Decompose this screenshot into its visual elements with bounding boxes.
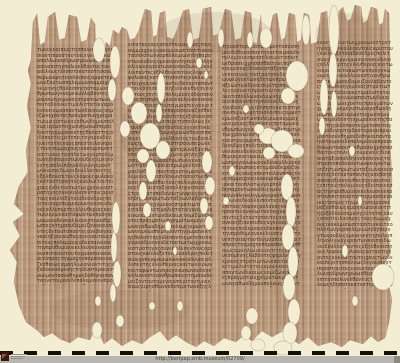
footer-right-mark xyxy=(394,356,400,363)
museum-logo-icon xyxy=(1,352,9,361)
logo-caption-lines xyxy=(11,354,31,360)
footer-url: http://berlpap.smb.museum/02709/ xyxy=(0,356,400,363)
scale-bar xyxy=(0,351,400,355)
lacunae-holes xyxy=(0,0,400,363)
papyrus-photograph: τωνδεκαιπεριτησπολεωςλεγουσινοτιπροστουτ… xyxy=(0,0,400,363)
